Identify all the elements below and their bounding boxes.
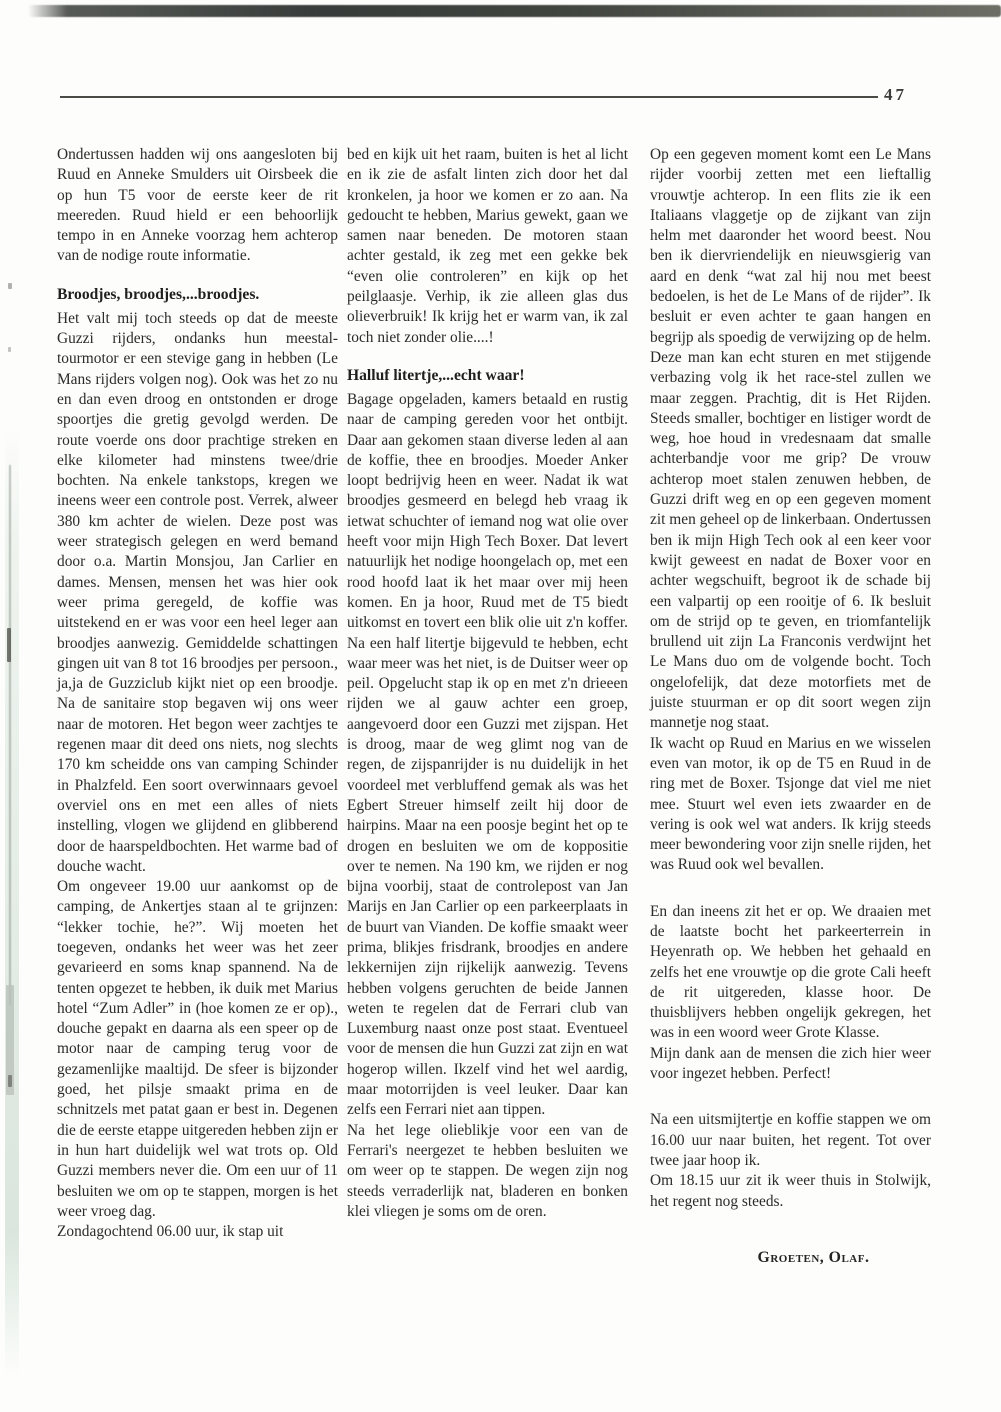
paragraph: Bagage opgeladen, kamers betaald en rust… <box>347 390 628 1121</box>
section-heading: Broodjes, broodjes,...broodjes. <box>57 285 338 305</box>
text-column-1: Ondertussen hadden wij ons aangesloten b… <box>57 145 338 1242</box>
paragraph: Ondertussen hadden wij ons aangesloten b… <box>57 145 338 267</box>
scan-speck <box>8 1075 12 1087</box>
text-column-3: Op een gegeven moment komt een Le Mans r… <box>650 145 931 1268</box>
scan-speck <box>8 283 12 289</box>
paragraph: En dan ineens zit het er op. We draaien … <box>650 902 931 1044</box>
header-rule <box>60 96 878 98</box>
paragraph: Op een gegeven moment komt een Le Mans r… <box>650 145 931 734</box>
page-number: 47 <box>884 85 907 105</box>
paragraph: Om ongeveer 19.00 uur aankomst op de cam… <box>57 877 338 1222</box>
paragraph: Zondagochtend 06.00 uur, ik stap uit <box>57 1222 338 1242</box>
paragraph: Na een uitsmijtertje en koffie stappen w… <box>650 1110 931 1171</box>
left-page-edge-strip <box>5 430 19 1375</box>
paragraph: Mijn dank aan de mensen die zich hier we… <box>650 1044 931 1085</box>
text-column-2: bed en kijk uit het raam, buiten is het … <box>347 145 628 1222</box>
scan-speck <box>7 628 11 662</box>
left-page-edge-line <box>9 465 11 1005</box>
paragraph: Na het lege olieblikje voor een van de F… <box>347 1121 628 1222</box>
paragraph: bed en kijk uit het raam, buiten is het … <box>347 145 628 348</box>
paragraph: Het valt mij toch steeds op dat de meest… <box>57 309 338 877</box>
magazine-page: 47 Ondertussen hadden wij ons aangeslote… <box>0 0 1001 1412</box>
top-scan-band <box>28 5 1001 17</box>
author-signature: Groeten, Olaf. <box>650 1248 931 1268</box>
paragraph: Om 18.15 uur zit ik weer thuis in Stolwi… <box>650 1171 931 1212</box>
paragraph: Ik wacht op Ruud en Marius en we wissele… <box>650 734 931 876</box>
scan-speck <box>8 347 11 352</box>
section-heading: Halluf litertje,...echt waar! <box>347 366 628 386</box>
